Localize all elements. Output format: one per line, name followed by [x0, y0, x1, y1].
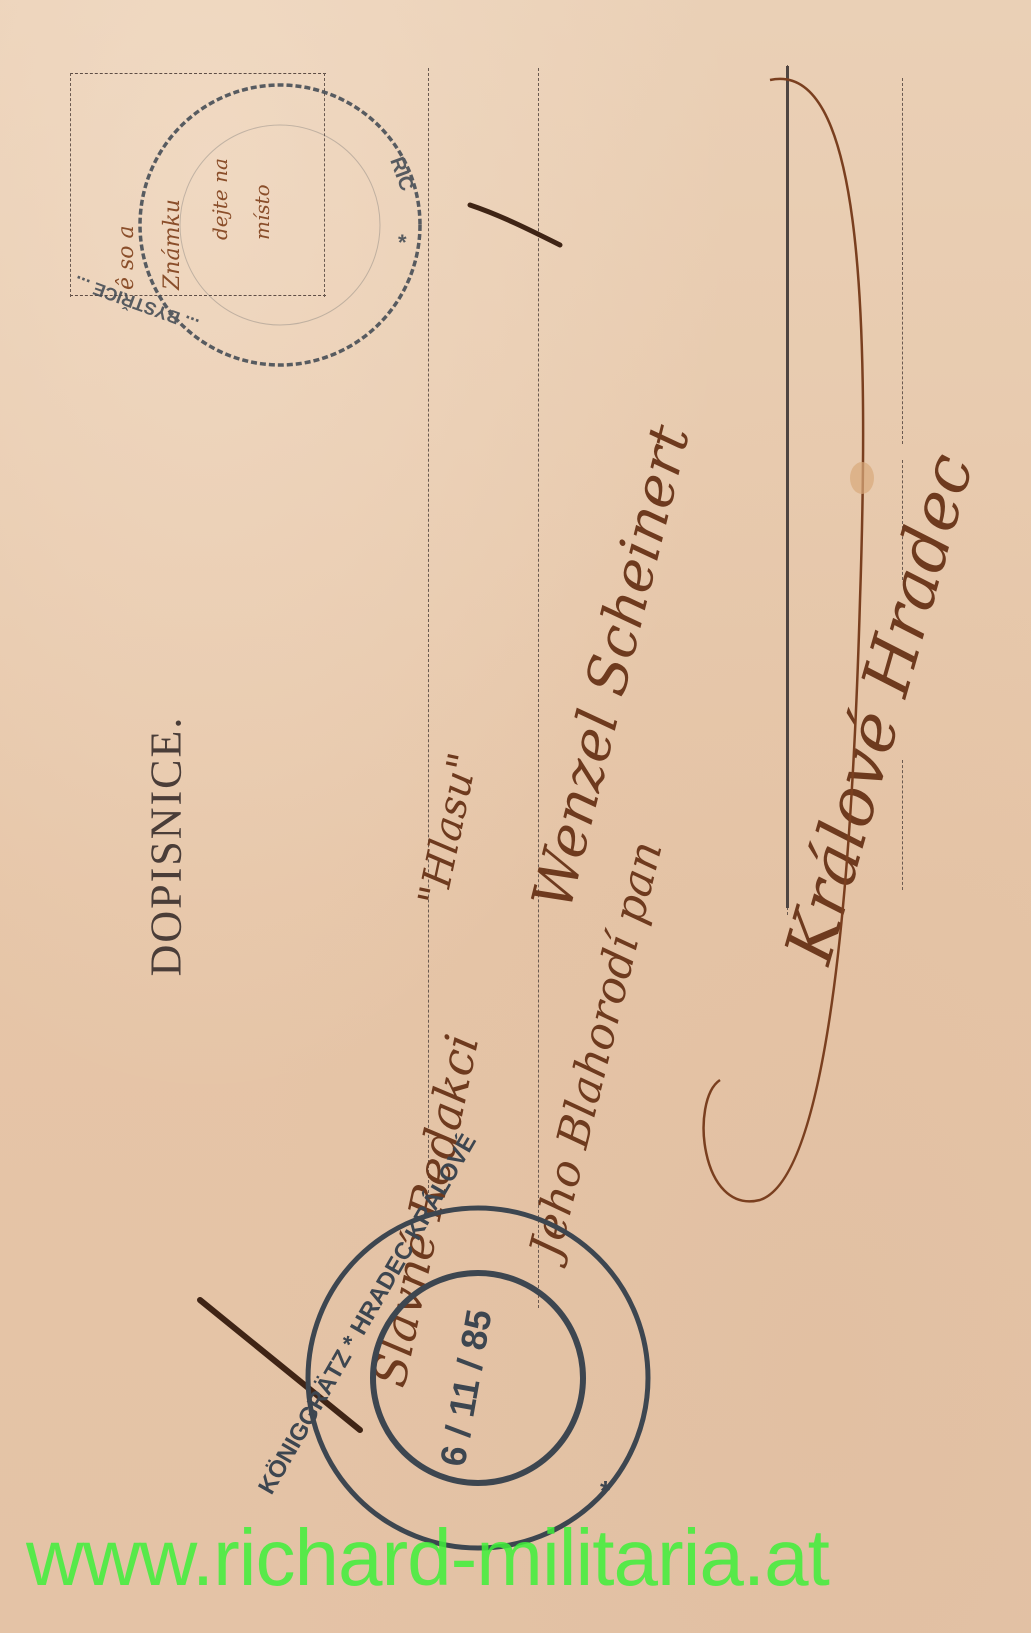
svg-text:RIC: RIC	[385, 154, 417, 194]
svg-text:... BYSTŘICE ...: ... BYSTŘICE ...	[71, 271, 201, 336]
svg-text:*: *	[600, 1475, 611, 1506]
postmark-top: RIC * ... BYSTŘICE ...	[71, 85, 420, 365]
ink-stroke	[470, 205, 560, 245]
svg-text:6 / 11 / 85: 6 / 11 / 85	[432, 1306, 500, 1469]
svg-text:*: *	[398, 230, 407, 255]
postmark-bottom: KÖNIGGRÄTZ * HRADEC KRÁLOVÉ 6 / 11 / 85 …	[252, 1129, 648, 1548]
postmarks-and-flourishes: RIC * ... BYSTŘICE ... KÖNIGGRÄTZ * HRAD…	[0, 0, 1031, 1633]
watermark: www.richard-militaria.at	[26, 1518, 829, 1598]
oval-flourish	[704, 79, 864, 1202]
postcard: ê so a Známku dejte na místo DOPISNICE. …	[0, 0, 1031, 1633]
ink-stain	[850, 462, 874, 494]
